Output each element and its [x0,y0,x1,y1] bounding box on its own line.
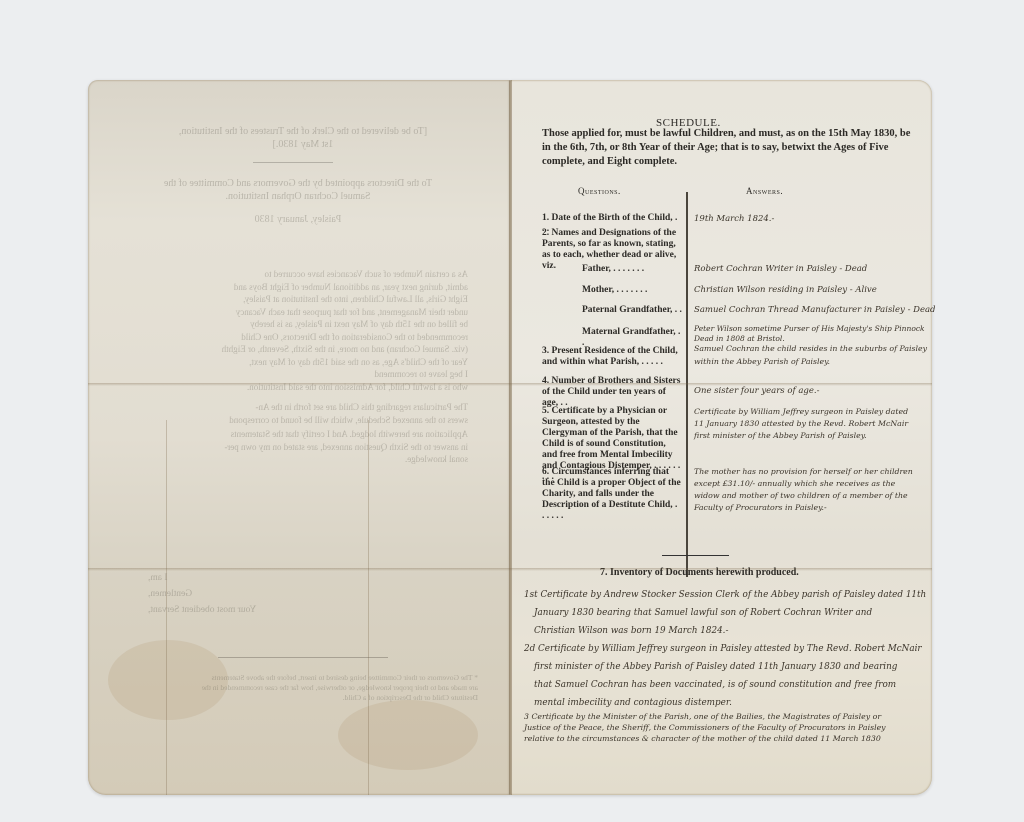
answer-mother: Christian Wilson residing in Paisley - A… [694,285,877,296]
answer-paternal-grandfather: Samuel Cochran Thread Manufacturer in Pa… [694,305,936,316]
mirror-line: I am, [148,570,408,586]
mirror-line: Application are herewith lodged. And I c… [128,428,468,441]
inventory-line: mental imbecility and contagious distemp… [534,698,732,708]
left-page: [To be delivered to the Clerk of the Tru… [88,80,510,795]
folded-document: [To be delivered to the Clerk of the Tru… [88,80,932,795]
mirror-line: 1st May 1830.] [138,138,468,151]
question-6: 6. Circumstances inferring that the Chil… [542,467,682,522]
mirror-line: sonal knowledge. [128,453,468,466]
crease-line [166,420,167,795]
inventory-rule [662,555,729,556]
mirrored-footnote: * The Governors or their Committee being… [118,673,478,703]
question-4: 4. Number of Brothers and Sisters of the… [542,376,682,409]
mirrored-body: As a certain Number of such Vacancies ha… [128,268,468,426]
answer-circumstances: The mother has no provision for herself … [694,466,913,477]
mirror-line: Destitute Child or the Description of a … [118,693,478,703]
answer-certificate: Certificate by William Jeffrey surgeon i… [694,406,908,417]
mirrored-closing: I am, Gentlemen, Your most obedient Serv… [148,570,408,618]
mirror-line: swers to the annexed Schedule, which wil… [128,414,468,427]
schedule-intro: Those applied for, must be lawful Childr… [542,127,912,169]
answer-siblings: One sister four years of age.- [694,386,819,397]
answer-circumstances-2: except £31.10/- annually which she recei… [694,478,895,489]
inventory-line: January 1830 bearing that Samuel lawful … [534,608,872,618]
mirror-line: in answer to the Sixth Question annexed,… [128,441,468,454]
mirror-line: I beg leave to recommend [128,368,468,381]
inventory-line: relative to the circumstances & characte… [524,734,881,743]
crease-line [368,420,369,795]
mirror-line: To the Directors appointed by the Govern… [128,177,468,190]
inventory-line: that Samuel Cochran has been vaccinated,… [534,680,896,690]
question-father: Father, . . . . . . . [582,264,682,275]
mirror-line: Year of the Child's Age, as on the said … [128,356,468,369]
mirror-line: The Particulars regarding this Child are… [128,401,468,414]
mirror-line: Eight Girls, all Lawful Children, into t… [128,293,468,306]
mirror-line: [To be delivered to the Clerk of the Tru… [138,125,468,138]
mirror-line: Gentlemen, [148,586,408,602]
inventory-line: Justice of the Peace, the Sheriff, the C… [524,723,886,732]
mirrored-address: To the Directors appointed by the Govern… [128,177,468,226]
mirrored-header: [To be delivered to the Clerk of the Tru… [138,125,468,151]
mirror-line: under their Management, and for that pur… [128,306,468,319]
inventory-line: 1st Certificate by Andrew Stocker Sessio… [524,590,926,600]
signature-rule [218,657,388,658]
answer-birth-date: 19th March 1824.- [694,214,774,225]
mirror-line: Paisley, January 1830 [128,213,468,226]
mirror-line: be filled on the 15th day of May next in… [128,318,468,331]
mirror-line: Samuel Cochran Orphan Institution. [128,190,468,203]
questions-header: Questions. [578,186,621,196]
right-page-schedule: SCHEDULE. Those applied for, must be law… [510,80,932,795]
horizontal-fold [88,383,932,386]
mirror-line: As a certain Number of such Vacancies ha… [128,268,468,281]
paper-stain [338,700,478,770]
question-paternal-grandfather: Paternal Grandfather, . . [582,305,682,316]
mirror-line: Your most obedient Servant, [148,602,408,618]
answer-circumstances-3: widow and mother of two children of a me… [694,490,908,501]
answer-certificate-3: first minister of the Abbey Parish of Pa… [694,430,867,441]
inventory-line: Christian Wilson was born 19 March 1824.… [534,626,728,636]
center-fold [509,80,512,795]
header-rule [253,162,333,163]
answer-residence-2: within the Abbey Parish of Paisley. [694,356,830,367]
answer-circumstances-4: Faculty of Procurators in Paisley.- [694,502,827,513]
answers-header: Answers. [746,186,783,196]
answer-certificate-2: 11 January 1830 attested by the Revd. Ro… [694,418,908,429]
mirror-line: are made and to their proper knowledge, … [118,683,478,693]
mirrored-body-lower: Application are herewith lodged. And I c… [128,428,468,466]
question-3: 3. Present Residence of the Child, and w… [542,346,682,368]
horizontal-fold [88,568,932,571]
inventory-line: first minister of the Abbey Parish of Pa… [534,662,897,672]
mirror-line: * The Governors or their Committee being… [118,673,478,683]
mirror-line: recommended to the Consideration of the … [128,331,468,344]
inventory-line: 2d Certificate by William Jeffrey surgeo… [524,644,922,654]
mirror-line: admit, during next year, an additional N… [128,281,468,294]
question-mother: Mother, . . . . . . . [582,285,682,296]
inventory-line: 3 Certificate by the Minister of the Par… [524,712,881,721]
mirror-line: (viz. Samuel Cochran) and no more, in th… [128,343,468,356]
answer-residence: Samuel Cochran the child resides in the … [694,343,927,354]
answer-father: Robert Cochran Writer in Paisley - Dead [694,264,867,275]
